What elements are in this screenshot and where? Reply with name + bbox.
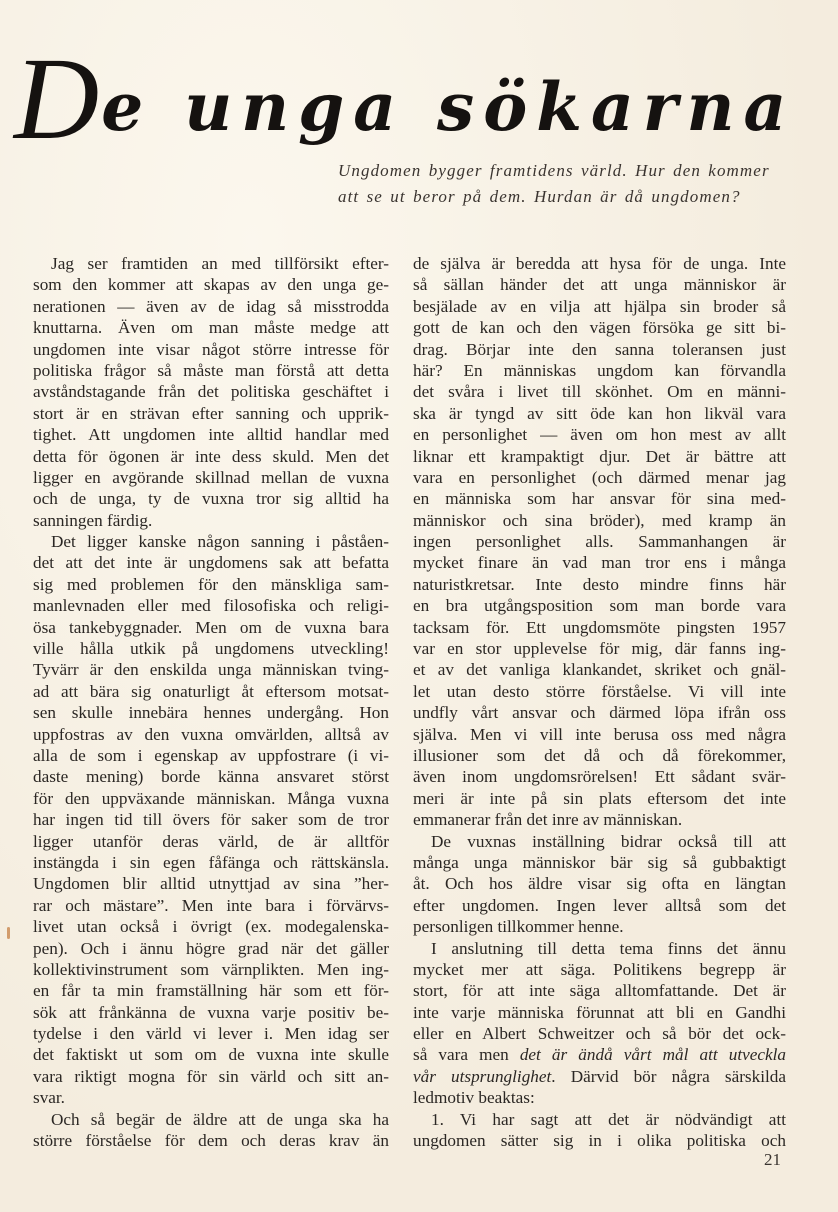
subtitle-line: att se ut beror på dem. Hurdan är då ung… [338,184,788,210]
text-line: pen). Och i ännu högre grad när det gäll… [33,938,389,959]
text-line: 1. Vi har sagt att det är nödvändigt att [413,1109,786,1130]
text-line: var en stor upplevelse för mig, där fann… [413,638,786,659]
text-line: undfly vårt ansvar och därmed löpa ifrån… [413,702,786,723]
text-line: ungdomen sätter sig in i olika politiska… [413,1130,786,1151]
text-line: själva. Men vi vill inte berusa oss med … [413,724,786,745]
text-line: en får ta min framställning här som ett … [33,980,389,1001]
text-line: Jag ser framtiden an med tillförsikt eft… [33,253,389,274]
text-line: kollektivinstrument som värnplikten. Men… [33,959,389,980]
text-line: så vara men det är ändå vårt mål att utv… [413,1044,786,1065]
text-line: meri är inte på sin plats eftersom det i… [413,788,786,809]
text-line: inte varje människa förunnat att bli en … [413,1002,786,1023]
text-line: politiska frågor så måste man förstå att… [33,360,389,381]
text-line: besjälade av en vilja att hjälpa sin bro… [413,296,786,317]
text-line: ungdomen inte visar något större intress… [33,339,389,360]
text-line: et av det vanliga klankandet, skriket oc… [413,659,786,680]
text-line: Det ligger kanske någon sanning i påståe… [33,531,389,552]
text-line: som den kommer att skapas av den unga ge… [33,274,389,295]
text-line: en personlighet — även om hon mest av al… [413,424,786,445]
body-column-left: Jag ser framtiden an med tillförsikt eft… [33,253,389,1151]
text-line: instängda i sin egen fåfänga och rättskä… [33,852,389,873]
text-line: emmanerar från det inre av människan. [413,809,786,830]
text-line: efter ungdomen. Ingen lever alltså som d… [413,895,786,916]
emphasis-text: det är ändå vårt mål att utveckla [520,1045,786,1064]
text-line: mycket finare än vad man tror ens i mång… [413,552,786,573]
text-line: vara en personlighet (och därmed menar j… [413,467,786,488]
text-line: De vuxnas inställning bidrar också till … [413,831,786,852]
text-line: knuttarna. Även om man måste medge att [33,317,389,338]
text-line: även inom ungdomsrörelsen! Ett sådant sv… [413,766,786,787]
text-line: tighet. Att ungdomen inte alltid handlar… [33,424,389,445]
text-line: ska är tyngd av sitt öde kan hon likväl … [413,403,786,424]
text-line: drag. Börjar inte den sanna toleransen j… [413,339,786,360]
text-line: I anslutning till detta tema finns det ä… [413,938,786,959]
text-line: let utan desto större förståelse. Vi vil… [413,681,786,702]
text-line: Tyvärr är den enskilda unga människan tv… [33,659,389,680]
text-line: alla de som i egenskap av uppfostrare (i… [33,745,389,766]
text-line: personligen tillkommer henne. [413,916,786,937]
text-line: åt. Och hos äldre visar sig ofta en läng… [413,873,786,894]
text-line: tydelse i den värld vi lever i. Men idag… [33,1023,389,1044]
text-line: svar. [33,1087,389,1108]
text-line: sanningen färdig. [33,510,389,531]
text-line: mycket mer att säga. Politikens begrepp … [413,959,786,980]
subtitle-line: Ungdomen bygger framtidens värld. Hur de… [338,158,788,184]
text-line: människor och sina bröder), med kramp än [413,510,786,531]
text-line: större förståelse för dem och deras krav… [33,1130,389,1151]
body-column-right: de själva är beredda att hysa för de ung… [413,253,786,1151]
title-text: e unga sökarna [101,68,795,146]
text-line: stort är en strävan efter sanning och up… [33,403,389,424]
text-line: så sällan händer det att unga människor … [413,274,786,295]
text-line: gott de kan och den vägen försöka ge sit… [413,317,786,338]
text-line: har ingen tid till övers för saker som d… [33,809,389,830]
emphasis-text: vår utsprunglighet [413,1067,551,1086]
text-line: många unga människor bär sig så gubbakti… [413,852,786,873]
article-subtitle: Ungdomen bygger framtidens värld. Hur de… [338,158,788,210]
text-line: liknar ett krampaktigt djur. Det är bätt… [413,446,786,467]
text-line: rar och mästare”. Men inte bara i förvär… [33,895,389,916]
text-line: tacksam för. Ett ungdomsmöte pingsten 19… [413,617,786,638]
text-line: illusioner som det då och då förekommer, [413,745,786,766]
text-line: detta för ögonen är inte dess skuld. Men… [33,446,389,467]
article-title: De unga sökarna [14,40,795,158]
text-line: sök att frånkänna de vuxna varje positiv… [33,1002,389,1023]
page-number: 21 [764,1150,781,1170]
text-line: livet utan också i övrigt (ex. modegalen… [33,916,389,937]
text-line: och de unga, ty de vuxna tror sig alltid… [33,488,389,509]
text-line: naturistkretsar. Inte desto mindre finns… [413,574,786,595]
text-line: här? En människas ungdom kan förvandla [413,360,786,381]
paper-blemish [7,927,10,939]
text-line: en människa som har ansvar för sina med- [413,488,786,509]
text-line: det att det inte är ungdomens sak att be… [33,552,389,573]
text-line: det svåra i livet till skönhet. Om en mä… [413,381,786,402]
text-line: ösa tankebyggnader. Men om de vuxna bara [33,617,389,638]
text-line: eller en Albert Schweitzer och så bör de… [413,1023,786,1044]
text-line: ligger utanför deras värld, de är alltfö… [33,831,389,852]
text-line: Och så begär de äldre att de unga ska ha [33,1109,389,1130]
text-line: manlevnaden eller med filosofiska och re… [33,595,389,616]
text-line: avståndstagande från det politiska gesch… [33,381,389,402]
text-line: sen skulle innebära hennes undergång. Ho… [33,702,389,723]
text-line: stort, för att inte säga alltomfattande.… [413,980,786,1001]
text-line: ad att bära sig onaturligt åt eftersom m… [33,681,389,702]
text-line: ledmotiv beaktas: [413,1087,786,1108]
text-line: de själva är beredda att hysa för de ung… [413,253,786,274]
text-line: ingen personlighet alls. Sammanhangen är [413,531,786,552]
text-line: sig med problemen för den mänskliga sam- [33,574,389,595]
text-line: vara riktigt mogna för sin värld och sit… [33,1066,389,1087]
text-line: nerationen — även av de idag så misstrod… [33,296,389,317]
text-line: för den uppväxande människan. Många vuxn… [33,788,389,809]
text-line: ville hålla utkik på ungdomens utvecklin… [33,638,389,659]
text-line: en bra utgångsposition som man borde var… [413,595,786,616]
text-line: uppfostras av den vuxna omvärlden, allts… [33,724,389,745]
title-initial: D [14,33,99,164]
text-line: Ungdomen blir alltid utnyttjad av sina ”… [33,873,389,894]
text-line: vår utsprunglighet. Därvid bör några sär… [413,1066,786,1087]
text-line: det faktiskt ut som om de vuxna inte sku… [33,1044,389,1065]
text-line: daste mening) borde känna ansvaret störs… [33,766,389,787]
text-line: ligger en avgörande skillnad mellan de v… [33,467,389,488]
